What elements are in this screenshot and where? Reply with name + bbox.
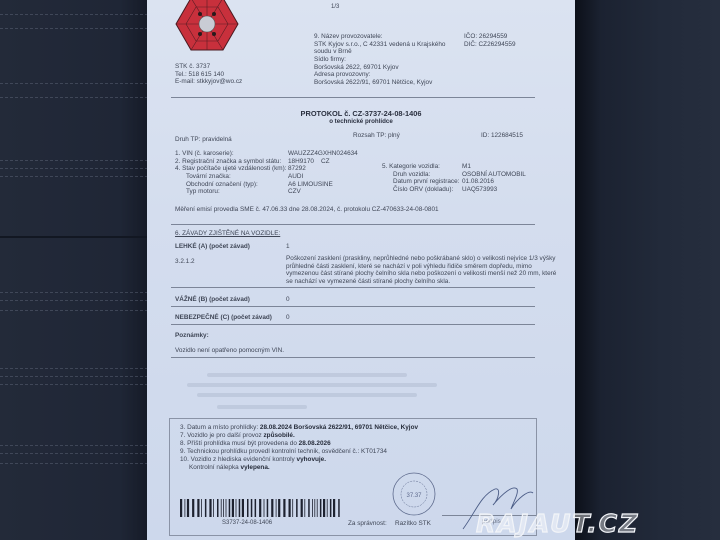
notes-label: Poznámky: [175, 332, 209, 340]
stk-stamp-icon: 37.37 [391, 471, 437, 517]
emissions-note: Měření emisí provedla SME č. 47.06.33 dn… [175, 206, 439, 214]
divider [171, 287, 535, 288]
divider [171, 306, 535, 307]
show-through-text [217, 405, 307, 409]
category-labels: 5. Kategorie vozidla: Druh vozidla: Datu… [382, 163, 459, 194]
serious-defects-label: VÁŽNÉ (B) (počet závad) [175, 296, 250, 304]
divider [171, 97, 535, 98]
barcode [180, 499, 342, 517]
car-seat-right [575, 0, 720, 540]
show-through-text [187, 383, 437, 387]
category-values: M1 OSOBNÍ AUTOMOBIL 01.08.2016 UAQ573993 [462, 163, 526, 194]
vehicle-values: WAUZZZ4GXHN024634 18H9170 CZ 87292 AUDI … [288, 150, 358, 196]
divider [171, 324, 535, 325]
defect-code: 3.2.1.2 [175, 258, 195, 266]
notes-text: Vozidlo není opatřeno pomocným VIN. [175, 347, 284, 355]
defects-heading: 6. ZÁVADY ZJIŠTĚNÉ NA VOZIDLE: [175, 230, 280, 238]
protocol-subtitle: o technické prohlídce [147, 118, 575, 125]
provider-info: 9. Název provozovatele: STK Kyjov s.r.o.… [314, 33, 445, 87]
engine-value: CZV [288, 188, 358, 196]
dealer-watermark: RAJAUT.CZ [476, 509, 639, 538]
protocol-id: ID: 122684515 [481, 132, 523, 140]
car-seat-left [0, 0, 150, 540]
stamp-label: Razítko STK [395, 520, 431, 528]
show-through-text [207, 373, 407, 377]
divider [171, 224, 535, 225]
serious-defects-count: 0 [286, 296, 290, 304]
dangerous-defects-label: NEBEZPEČNÉ (C) (počet závad) [175, 314, 272, 322]
station-email: E-mail: stkkyjov@wo.cz [175, 78, 242, 86]
defect-description: Poškození zasklení (praskliny, neprůhled… [286, 255, 558, 286]
divider [171, 357, 535, 358]
svg-text:37.37: 37.37 [406, 493, 422, 499]
inspection-protocol-page: 1/3 STK č. 3737 Tel.: 518 615 140 E-mail… [147, 0, 575, 540]
company-ids: IČO: 26294559 DIČ: CZ26294559 [464, 33, 516, 48]
stk-logo-icon [175, 0, 239, 52]
show-through-text [197, 393, 417, 397]
barcode-number: S3737-24-08-1406 [222, 520, 272, 527]
odometer-value: 87292 [288, 165, 358, 173]
make-value: AUDI [288, 173, 358, 181]
light-defects-label: LEHKÉ (A) (počet závad) [175, 243, 250, 251]
station-contact: STK č. 3737 Tel.: 518 615 140 E-mail: st… [175, 63, 242, 86]
result-lines: 3. Datum a místo prohlídky: 28.08.2024 B… [180, 424, 418, 472]
dangerous-defects-count: 0 [286, 314, 290, 322]
vin-value: WAUZZZ4GXHN024634 [288, 150, 358, 158]
vehicle-labels: 1. VIN (č. karoserie): 2. Registrační zn… [175, 150, 287, 196]
model-value: A6 LIMOUSINE [288, 181, 358, 189]
plate-value: 18H9170 CZ [288, 158, 358, 166]
inspection-type: Druh TP: pravidelná [175, 136, 232, 144]
inspection-scope: Rozsah TP: plný [353, 132, 400, 140]
light-defects-count: 1 [286, 243, 290, 251]
za-spravnost-label: Za správnost: [348, 520, 387, 528]
page-number: 1/3 [331, 4, 339, 11]
